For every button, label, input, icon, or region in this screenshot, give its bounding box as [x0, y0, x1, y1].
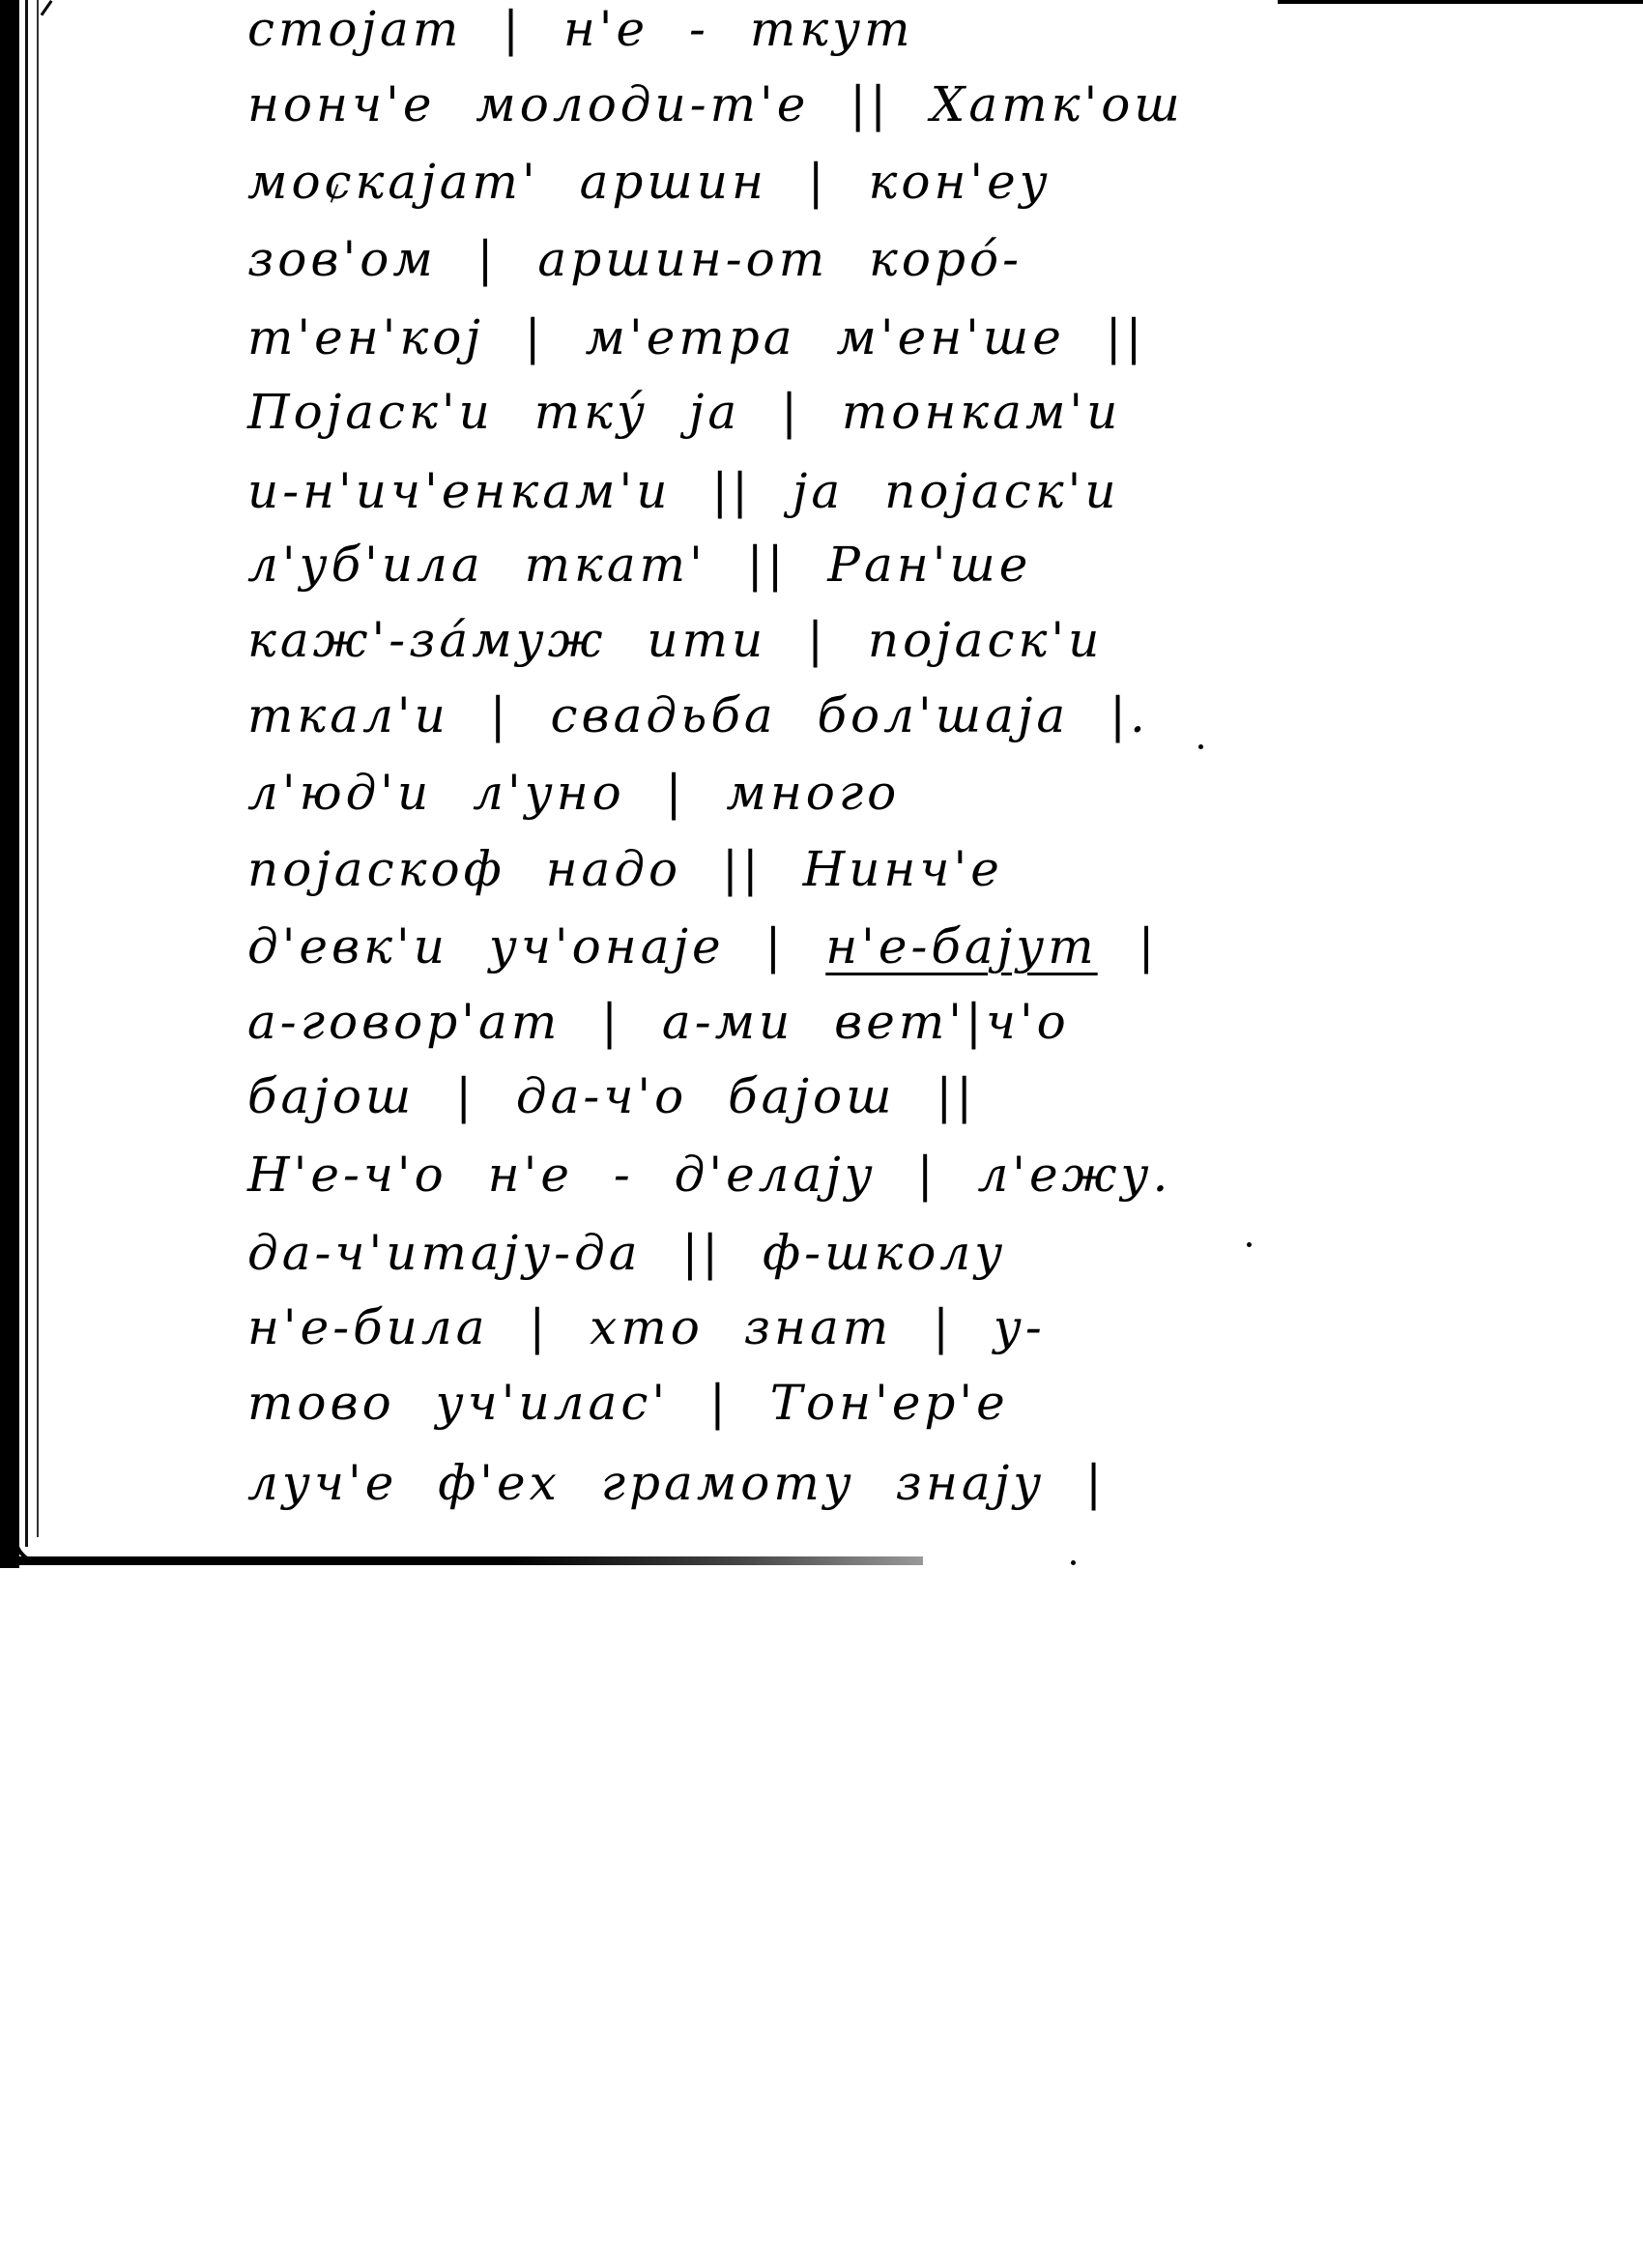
page-left-rule-inner: [37, 0, 39, 1537]
text-line-20: луч'е ф'ех грамоту знају |: [247, 1454, 1106, 1512]
text-line-19: тово уч'илас' | Тон'ер'е: [247, 1374, 1009, 1432]
text-line-4: зов'ом | аршин-от коро́-: [247, 230, 1023, 288]
text-line-16: Н'е-ч'о н'е - д'елају | л'ежу.: [247, 1146, 1171, 1204]
page-top-rule: [1278, 0, 1643, 4]
underlined-fragment: н'е-бајут: [825, 918, 1097, 974]
text-line-1: стојат | н'е - ткут: [247, 0, 914, 58]
stray-dot: [1071, 1560, 1076, 1565]
text-line-18: н'е-била | хто знат | у-: [247, 1298, 1046, 1356]
text-line-9: каж'-за́муж ити | појаск'и: [247, 611, 1103, 669]
scanned-page: стојат | н'е - ткут нонч'е молоди-т'е ||…: [0, 0, 1643, 2268]
text-line-6: Појаск'и тку́ ја | тонкам'и: [247, 383, 1121, 441]
text-line-17: да-ч'итају-да || ф-школу: [247, 1224, 1006, 1282]
page-bottom-border: [0, 1556, 923, 1565]
page-left-rule: [25, 0, 28, 1547]
text-line-2: нонч'е молоди-т'е || Хатк'ош: [247, 75, 1184, 133]
text-line-5: т'ен'кој | м'етра м'ен'ше ||: [247, 308, 1145, 366]
text-line-13-suffix: |: [1098, 918, 1159, 974]
text-line-11: л'юд'и л'уно | много: [247, 764, 900, 822]
text-line-7: и-н'ич'енкам'и || ја појаск'и: [247, 462, 1120, 520]
text-line-13: д'евк'и уч'онаје | н'е-бајут |: [247, 917, 1158, 975]
text-line-13-prefix: д'евк'и уч'онаје |: [247, 918, 825, 974]
page-left-border: [0, 0, 19, 1568]
text-line-12: појаскоф надо || Нинч'е: [247, 840, 1003, 898]
text-line-15: бајош | да-ч'о бајош ||: [247, 1067, 976, 1125]
text-line-3: москајат' аршин | кон'еу: [247, 153, 1052, 211]
stray-dot: [1198, 744, 1203, 749]
text-line-8: л'уб'ила ткат' || Ран'ше: [247, 536, 1031, 594]
stray-dot: [1247, 1242, 1252, 1247]
text-line-10: ткал'и | свадьба бол'шаја |.: [247, 686, 1149, 744]
top-left-pen-mark: [41, 0, 53, 15]
text-line-14: а-говор'ат | а-ми вет'|ч'о: [247, 993, 1070, 1051]
